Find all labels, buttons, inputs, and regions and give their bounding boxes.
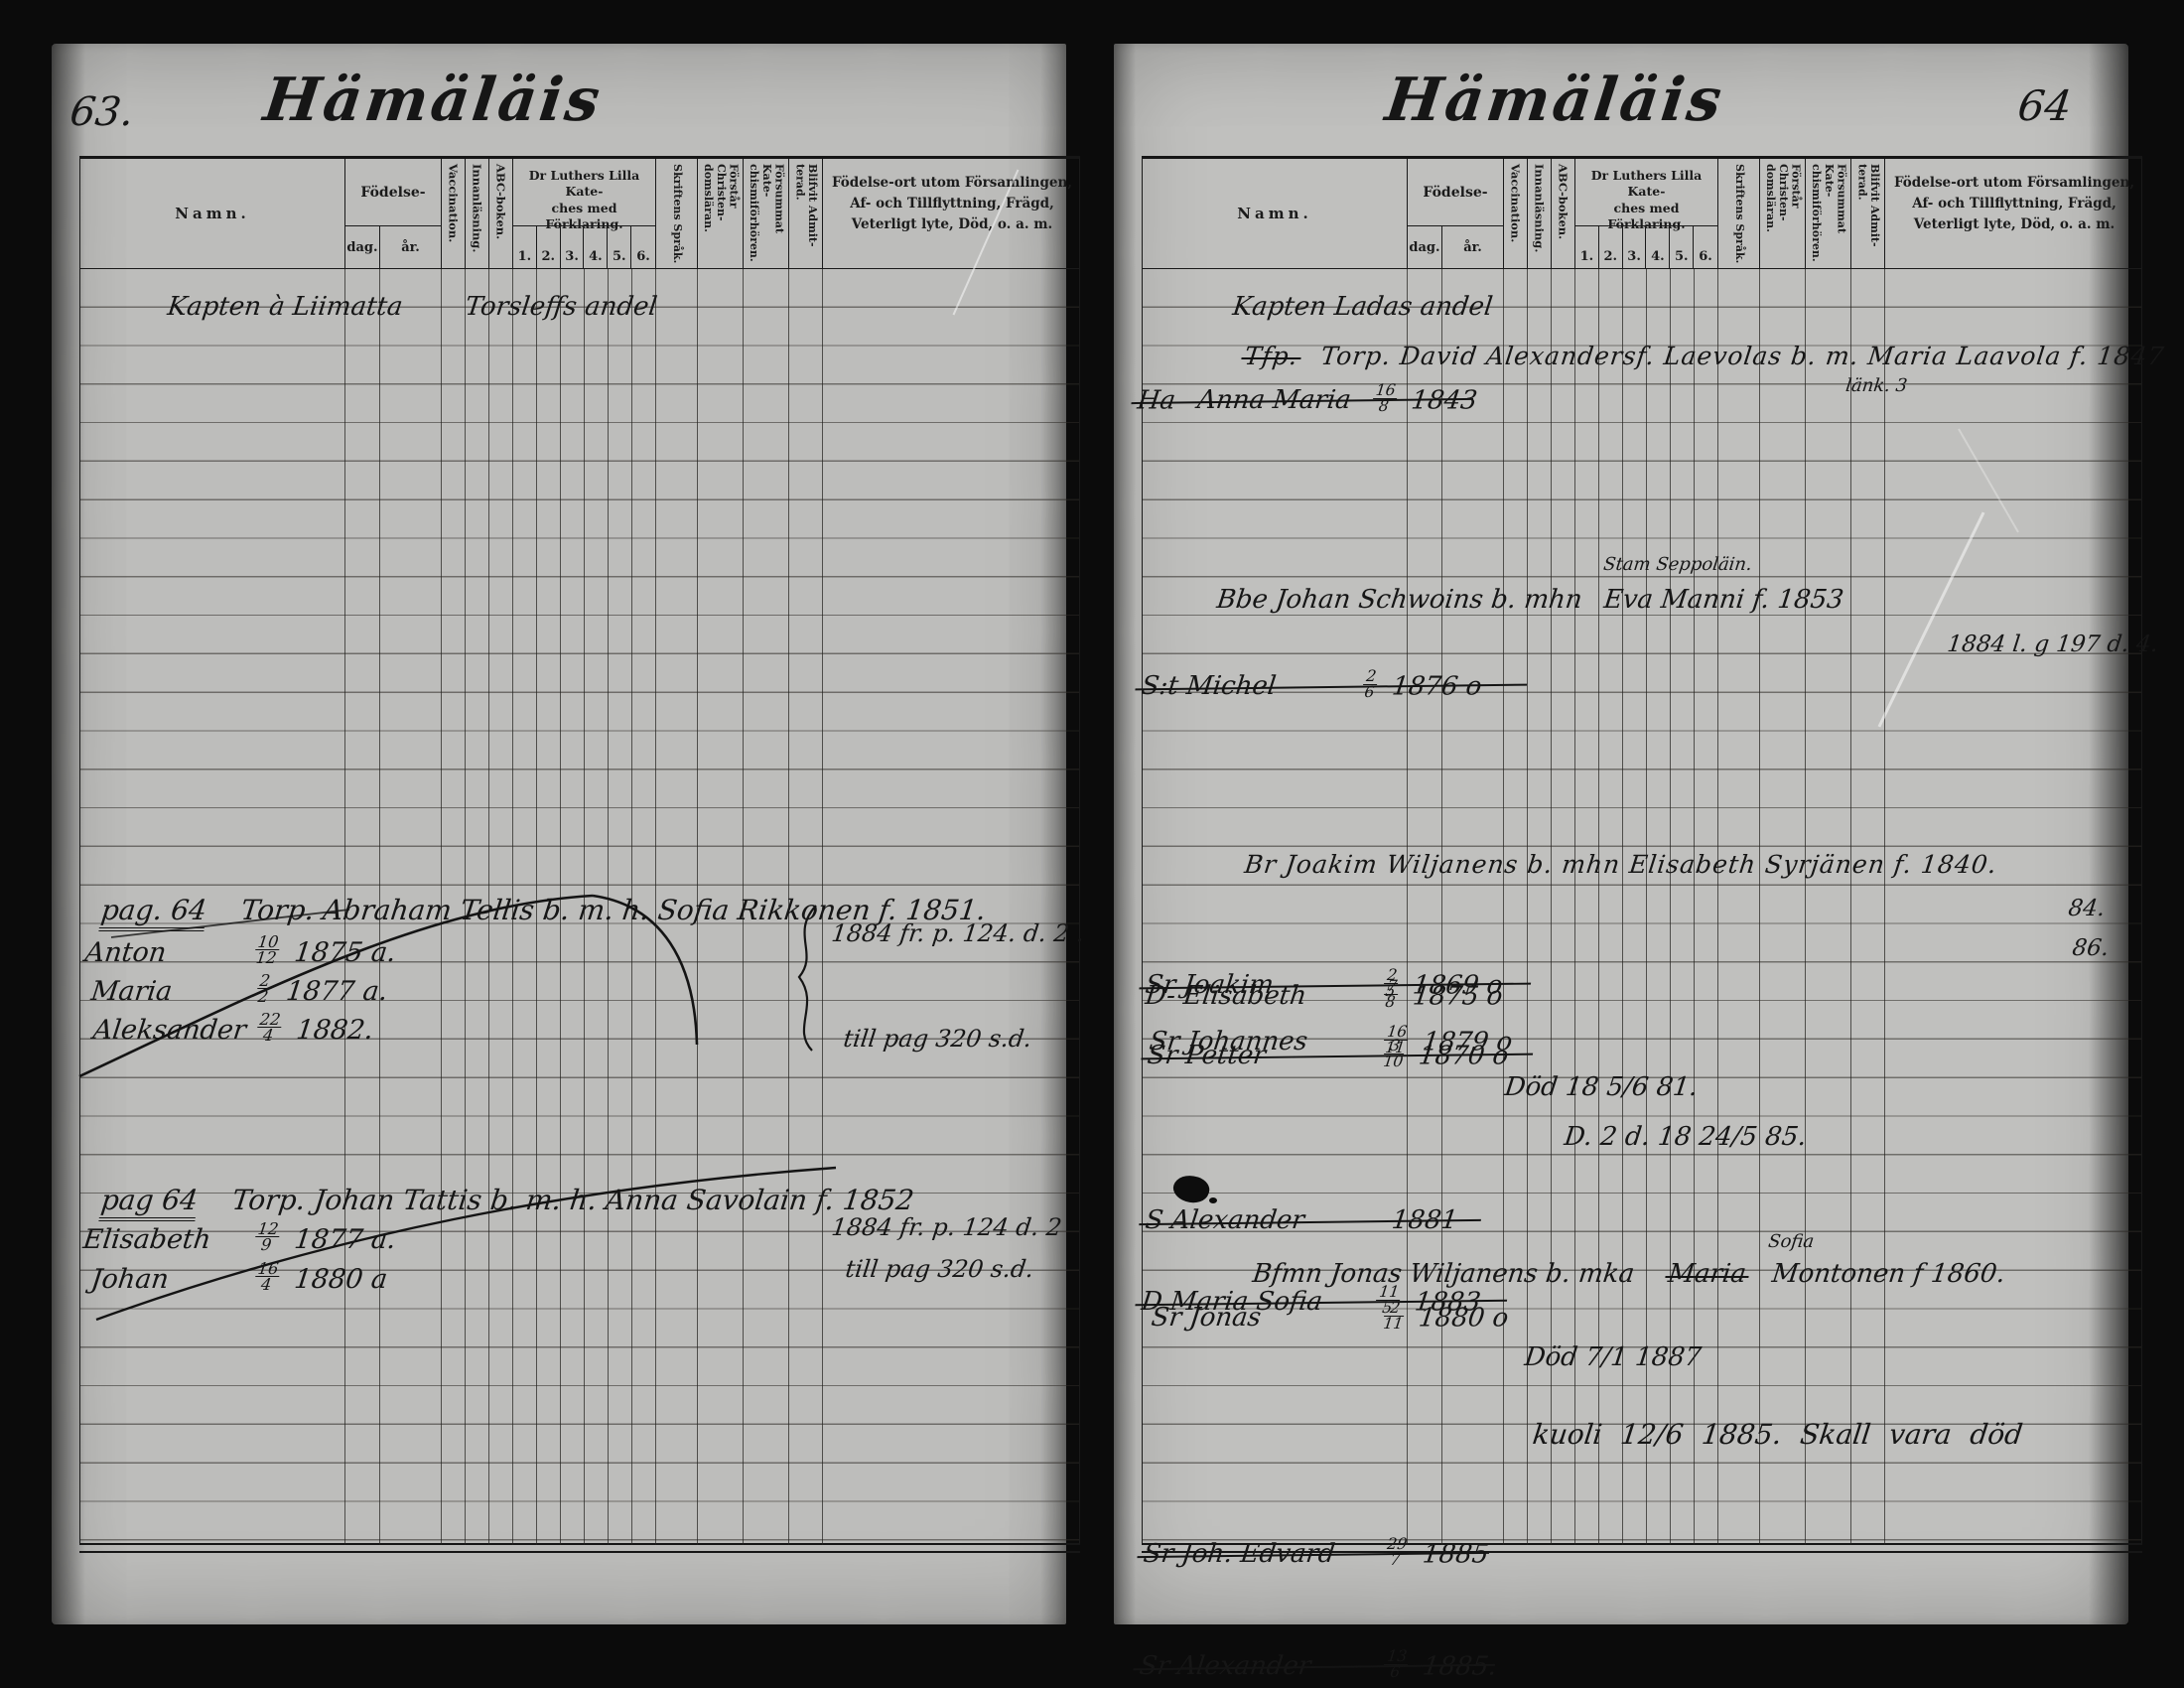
interlinear-note: Sofia	[1767, 1231, 1815, 1252]
column-blifvit-admitterad: Blifvit Admit- terad.	[1851, 159, 1885, 268]
record-row: Anton 1012 1875 a.	[83, 934, 398, 968]
margin-note: länk. 3	[1844, 375, 1908, 396]
column-namn: Namn.	[80, 159, 345, 268]
page-title: Hämäläis	[1352, 66, 1758, 135]
record-head: Br Joakim Wiljanens b. mhn Elisabeth Syr…	[1243, 850, 1999, 879]
interlinear-note: Stam Seppoläin.	[1602, 554, 1753, 575]
column-forstar-christendomslaran: Förstår Christen- domsläran.	[698, 159, 744, 268]
table-header: Namn. Födelse- dag. år. Vaccination. Inn…	[1142, 156, 2142, 269]
margin-note: 1884 fr. p. 124. d. 2 .	[830, 919, 1086, 947]
record-row: Johan 164 1880 a	[89, 1261, 389, 1295]
column-forstar-christendomslaran: Förstår Christen- domsläran.	[1760, 159, 1806, 268]
margin-note: 1884 l. g 197 d. 4.	[1946, 632, 2160, 657]
column-blifvit-admitterad: Blifvit Admit- terad.	[789, 159, 823, 268]
column-notes: Födelse-ort utom Församlingen, Af- och T…	[823, 159, 1081, 268]
column-namn: Namn.	[1143, 159, 1408, 268]
page-title: Hämäläis	[230, 66, 636, 135]
margin-number: 84.	[2067, 896, 2107, 921]
margin-note: till pag 320 s.d.	[844, 1255, 1035, 1283]
record-head: Tfp. Torp. David Alexandersf. Laevolas b…	[1243, 342, 2166, 370]
margin-note: 1884 fr. p. 124 d. 2	[830, 1213, 1063, 1241]
page-number: 64	[2015, 81, 2074, 130]
page-reference: pag. 64	[98, 894, 208, 931]
column-forsummat-katechismiforhoren: Försummat Kate- chismiförhören.	[744, 159, 789, 268]
record-row: Aleksander 224 1882.	[91, 1012, 375, 1046]
record-head: pag 64 Torp. Johan Tattis b. m. h. Anna …	[99, 1184, 915, 1216]
column-fodelse: Födelse- dag. år.	[1408, 159, 1504, 268]
record-row-struck: Ha Anna Maria 168 1843	[1136, 383, 1467, 415]
column-skriftens-sprak: Skriftens Språk.	[656, 159, 698, 268]
margin-note: kuoli 12/6 1885. Skall vara död	[1531, 1418, 2024, 1451]
scanned-parish-register: { "table_header": { "namn": "Namn.", "fo…	[0, 0, 2184, 1688]
record-head: Bbe Johan Schwoins b. mhn	[1215, 585, 1583, 615]
record-row-struck: Sr Joh. Edvard 297 1885	[1142, 1537, 1483, 1569]
table-bottom-line	[79, 1551, 1080, 1553]
record-row-struck: S Alexander 1881	[1144, 1205, 1475, 1235]
record-row: Elisabeth 129 1877 a.	[81, 1221, 398, 1255]
column-skriftens-sprak: Skriftens Språk.	[1718, 159, 1760, 268]
record-row-struck: Sr Alexander 136 1885.	[1138, 1649, 1489, 1681]
margin-note: Död 18 5/6 81.	[1503, 1072, 1700, 1102]
column-forsummat-katechismiforhoren: Försummat Kate- chismiförhören.	[1806, 159, 1851, 268]
margin-number: 86.	[2071, 935, 2111, 961]
struck-word: Tfp.	[1243, 342, 1299, 370]
column-notes: Födelse-ort utom Församlingen, Af- och T…	[1885, 159, 2143, 268]
column-fodelse: Födelse- dag. år.	[345, 159, 442, 268]
column-vaccination: Vaccination.	[442, 159, 466, 268]
right-page: 64 Hämäläis Namn. Födelse- dag. år. Vacc…	[1114, 44, 2128, 1624]
table-header: Namn. Födelse- dag. år. Vaccination. Inn…	[79, 156, 1080, 269]
struck-word: Maria	[1667, 1259, 1748, 1289]
ink-blot	[1209, 1197, 1217, 1203]
section-note: Kapten Ladas andel	[1231, 292, 1494, 322]
left-page: 63. Hämäläis Namn. Födelse- dag. år. Vac…	[52, 44, 1066, 1624]
column-abc-boken: ABC-boken.	[489, 159, 513, 268]
margin-note: Död 7/1 1887	[1523, 1342, 1703, 1372]
record-head: Bfmn Jonas Wiljanens b. mka Maria Monton…	[1251, 1259, 2007, 1289]
column-innanlasning: Innanläsning.	[1528, 159, 1552, 268]
column-innanlasning: Innanläsning.	[466, 159, 489, 268]
column-vaccination: Vaccination.	[1504, 159, 1528, 268]
record-row: D- Elisabeth 78 1875 o	[1144, 979, 1505, 1011]
column-katekes: Dr Luthers Lilla Kate- ches med Förklari…	[1575, 159, 1718, 268]
section-note: Kapten à Liimatta Torsleffs andel	[166, 292, 659, 322]
margin-note: D. 2 d. 18 24/5 85.	[1563, 1122, 1808, 1152]
record-row: Maria 22 1877 a.	[89, 973, 390, 1007]
page-number: 63.	[68, 89, 136, 135]
column-abc-boken: ABC-boken.	[1552, 159, 1575, 268]
page-reference: pag 64	[98, 1184, 200, 1221]
record-row-struck: S:t Michel 26 1876 o	[1140, 669, 1521, 701]
margin-note: till pag 320 s.d.	[842, 1025, 1033, 1053]
column-katekes: Dr Luthers Lilla Kate- ches med Förklari…	[513, 159, 656, 268]
record-head-cont: Eva Manni f. 1853	[1602, 585, 1845, 615]
record-row: Sr Jonas 211 1880 o	[1150, 1301, 1510, 1333]
record-row: Sr Johannes 1611 1879 o	[1148, 1025, 1514, 1056]
